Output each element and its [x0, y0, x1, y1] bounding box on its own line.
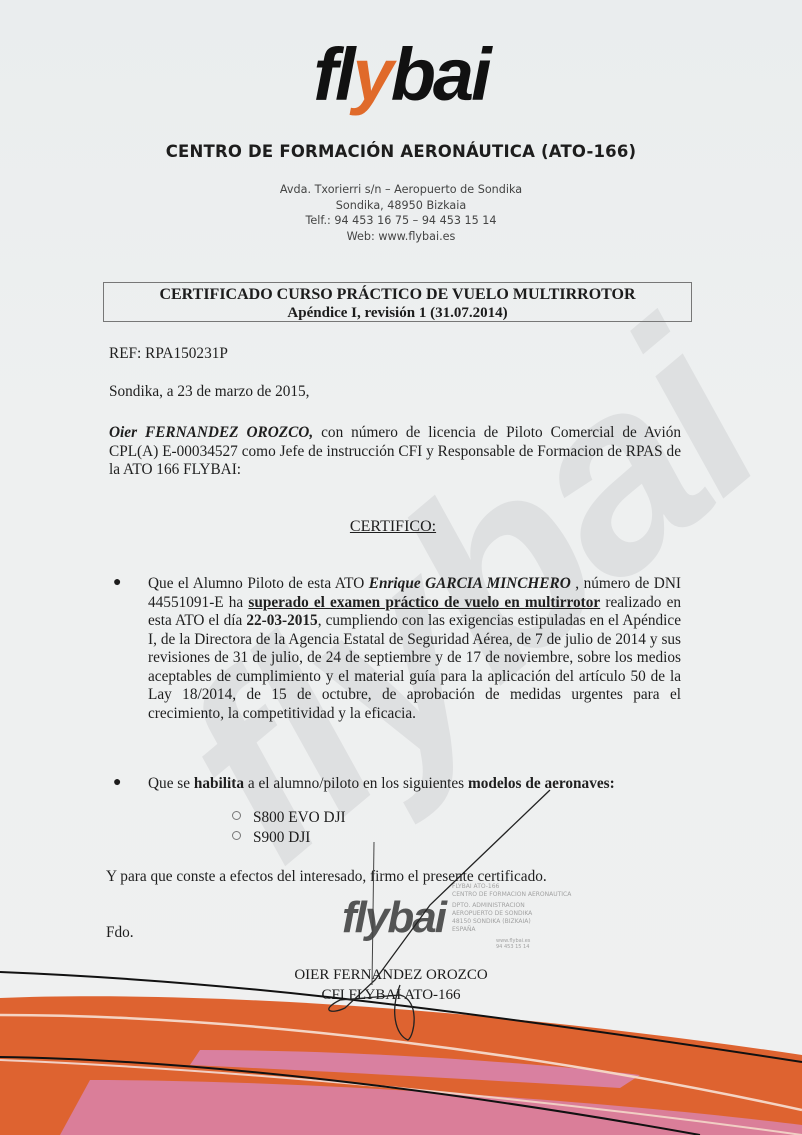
- signed-label: Fdo.: [106, 924, 134, 943]
- certificate-title: CERTIFICADO CURSO PRÁCTICO DE VUELO MULT…: [104, 285, 691, 304]
- circle-bullet-icon: [232, 811, 241, 820]
- model-item: S900 DJI: [232, 828, 346, 848]
- signer-role: CFI FLYBAI ATO-166: [0, 985, 782, 1005]
- exam-date: 22-03-2015: [246, 612, 317, 629]
- certificate-title-box: CERTIFICADO CURSO PRÁCTICO DE VUELO MULT…: [103, 282, 692, 322]
- signer-block: OIER FERNANDEZ OROZCO CFI FLYBAI ATO-166: [0, 965, 782, 1005]
- reference-number: REF: RPA150231P: [109, 345, 228, 364]
- signer-name: OIER FERNANDEZ OROZCO: [0, 965, 782, 985]
- address-block: Avda. Txorierri s/n – Aeropuerto de Sond…: [0, 182, 802, 244]
- statement-item: Que el Alumno Piloto de esta ATO Enrique…: [148, 575, 681, 723]
- certificate-page: flybai flybai CENTRO DE FORMACIÓN AERONÁ…: [0, 0, 802, 1135]
- issuer-name: Oier FERNANDEZ OROZCO,: [109, 424, 313, 441]
- address-line: Sondika, 48950 Bizkaia: [0, 198, 802, 214]
- certificate-subtitle: Apéndice I, revisión 1 (31.07.2014): [104, 304, 691, 323]
- intro-paragraph: Oier FERNANDEZ OROZCO, con número de lic…: [109, 424, 681, 480]
- stamp-text: FLYBAI ATO-166 CENTRO DE FORMACION AERON…: [452, 883, 571, 950]
- model-item: S800 EVO DJI: [232, 808, 346, 828]
- flybai-logo: flybai: [0, 38, 802, 112]
- phone-line: Telf.: 94 453 16 75 – 94 453 15 14: [0, 213, 802, 229]
- address-line: Avda. Txorierri s/n – Aeropuerto de Sond…: [0, 182, 802, 198]
- bullet-icon: ●: [113, 575, 121, 591]
- bullet-icon: ●: [113, 775, 121, 791]
- aircraft-models-list: S800 EVO DJI S900 DJI: [232, 808, 346, 848]
- exam-result: superado el examen práctico de vuelo en …: [248, 594, 600, 611]
- place-date: Sondika, a 23 de marzo de 2015,: [109, 383, 310, 402]
- circle-bullet-icon: [232, 831, 241, 840]
- statement-item: Que se habilita a el alumno/piloto en lo…: [148, 775, 688, 794]
- certifico-heading: CERTIFICO:: [0, 518, 786, 537]
- company-stamp: flybai: [342, 893, 445, 943]
- web-line: Web: www.flybai.es: [0, 229, 802, 245]
- organization-title: CENTRO DE FORMACIÓN AERONÁUTICA (ATO-166…: [0, 142, 802, 161]
- student-name: Enrique GARCIA MINCHERO: [369, 575, 571, 592]
